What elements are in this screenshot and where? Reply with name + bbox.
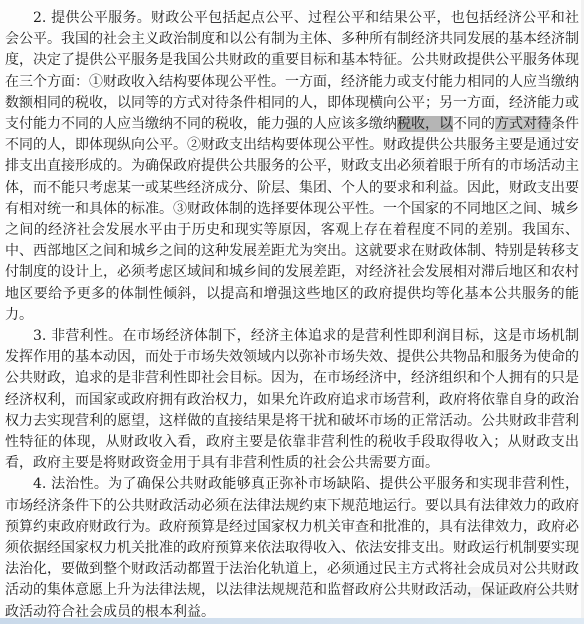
- body-text: 2. 提供公平服务。财政公平包括起点公平、过程公平和结果公平，也包括经济公平和社…: [0, 0, 584, 623]
- text-segment: 4. 法治性。为了确保公共财政能够真正弥补市场缺陷、提供公平服务和实现非营利性，…: [5, 476, 579, 619]
- page-bottom-edge: [0, 618, 584, 624]
- paragraph-fair-service: 2. 提供公平服务。财政公平包括起点公平、过程公平和结果公平，也包括经济公平和社…: [5, 8, 579, 326]
- paragraph-rule-of-law: 4. 法治性。为了确保公共财政能够真正弥补市场缺陷、提供公平服务和实现非营利性，…: [5, 474, 579, 622]
- scan-artifact-smudge: [459, 587, 554, 598]
- text-segment: 条件不同的人，即体现纵向公平。②财政支出结构要体现公平性。财政提供公共服务主要是…: [5, 116, 579, 323]
- document-page: 2. 提供公平服务。财政公平包括起点公平、过程公平和结果公平，也包括经济公平和社…: [0, 0, 584, 624]
- text-segment: 不同的: [453, 116, 495, 132]
- scan-smudge-highlight: 税收，以: [397, 116, 453, 132]
- text-segment: 2. 提供公平服务。财政公平包括起点公平、过程公平和结果公平，也包括经济公平和社…: [5, 10, 579, 132]
- paragraph-non-profit: 3. 非营利性。在市场经济体制下，经济主体追求的是营利性即利润目标，这是市场机制…: [5, 326, 579, 474]
- scan-smudge-highlight: 方式对待: [495, 116, 551, 132]
- text-segment: 3. 非营利性。在市场经济体制下，经济主体追求的是营利性即利润目标，这是市场机制…: [5, 328, 579, 471]
